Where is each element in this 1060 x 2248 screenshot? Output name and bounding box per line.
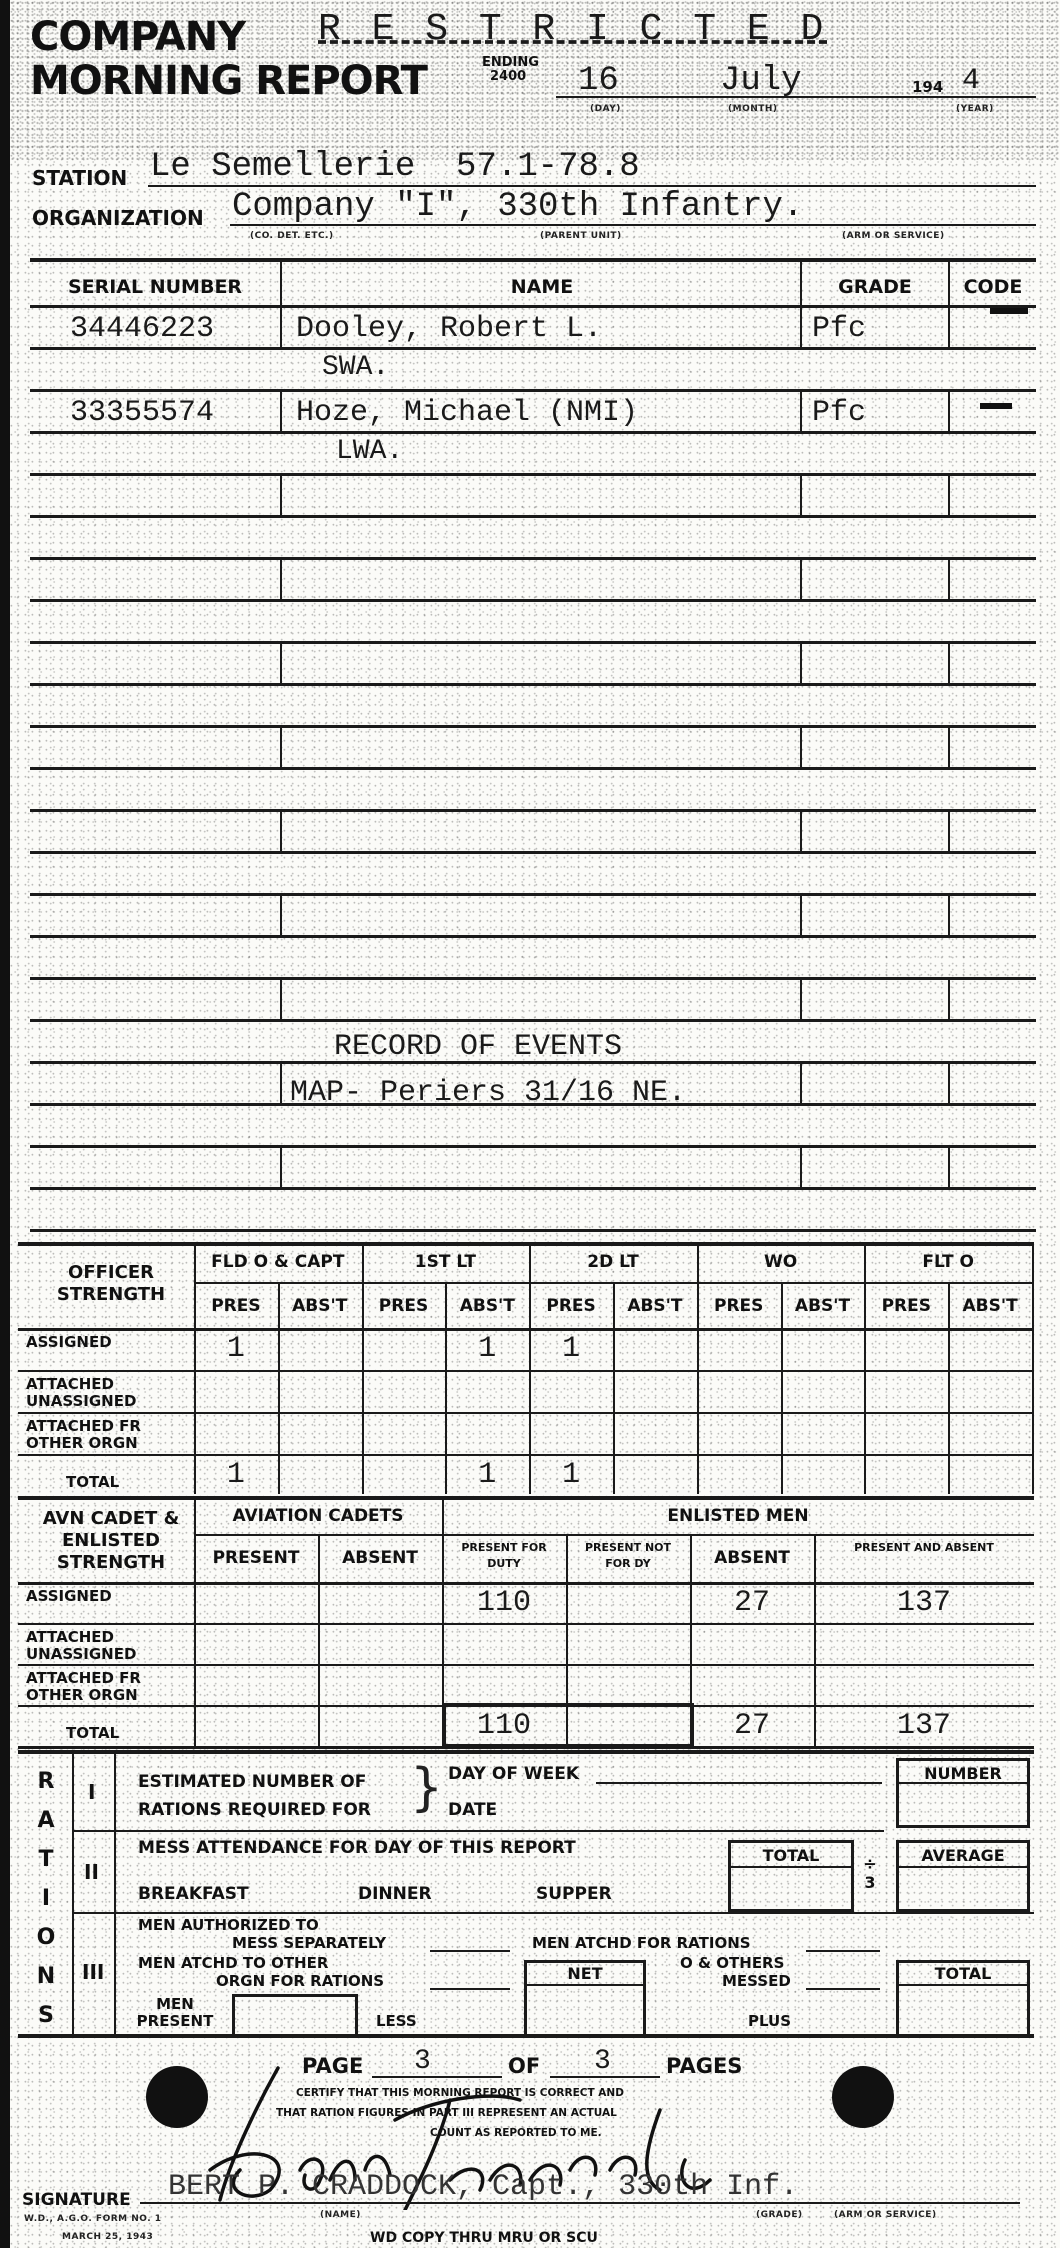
row2-code-mark — [980, 403, 1012, 409]
row2-grade[interactable]: Pfc — [812, 396, 866, 430]
year-prefix: 194 — [912, 78, 943, 96]
row-line — [30, 977, 1036, 980]
row-line — [30, 767, 1036, 770]
dinner-label: DINNER — [358, 1884, 432, 1904]
row-line — [30, 599, 1036, 602]
col-name: NAME — [282, 276, 802, 298]
rations-side-letter: O — [26, 1918, 66, 1957]
day-label: (DAY) — [590, 104, 621, 114]
enlisted-strength-title: AVN CADET & ENLISTED STRENGTH — [30, 1508, 192, 1574]
col-divider — [280, 557, 282, 599]
net-box-label: NET — [524, 1964, 646, 1983]
officer-cell[interactable]: 1 — [194, 1458, 278, 1492]
record-of-events-title: RECORD OF EVENTS — [334, 1030, 622, 1064]
enlisted-col-header: PRESENT — [194, 1548, 318, 1568]
officer-strength-title: OFFICER STRENGTH — [30, 1262, 192, 1306]
col-divider — [800, 725, 802, 767]
day-of-week-label: DAY OF WEEK — [448, 1764, 579, 1784]
row-line — [30, 809, 1036, 812]
col-divider — [800, 557, 802, 599]
officer-table-top — [18, 1242, 1034, 1246]
arm-label: (ARM OR SERVICE) — [834, 2210, 937, 2220]
col-divider — [529, 1242, 531, 1494]
row-line — [30, 851, 1036, 854]
col-divider — [280, 1145, 282, 1187]
row-line — [30, 1229, 1036, 1232]
col-grade: GRADE — [802, 276, 948, 298]
row-line — [30, 893, 1036, 896]
rations-side-label: RATIONS — [26, 1762, 66, 2035]
men-atchd-rations-label: MEN ATCHD FOR RATIONS — [532, 1934, 751, 1952]
less-label: LESS — [376, 2012, 417, 2030]
row2-serial[interactable]: 33355574 — [70, 396, 214, 430]
sec3-numeral: III — [82, 1960, 104, 1984]
officer-header-bottom — [18, 1328, 1034, 1331]
officer-cell[interactable]: 1 — [529, 1332, 613, 1366]
report-year[interactable]: 4 — [962, 64, 980, 98]
year-label: (YEAR) — [956, 104, 994, 114]
rations-side-letter: I — [26, 1879, 66, 1918]
col-divider — [948, 389, 950, 431]
row1-grade[interactable]: Pfc — [812, 312, 866, 346]
col-divider — [280, 977, 282, 1019]
col-divider — [280, 305, 282, 347]
officer-cell[interactable]: 1 — [445, 1458, 529, 1492]
officer-group-header: FLD O & CAPT — [194, 1252, 362, 1272]
form-number: W.D., A.G.O. FORM NO. 1 — [24, 2214, 162, 2224]
average-box-label: AVERAGE — [896, 1846, 1030, 1865]
officer-subcol-header: PRES — [697, 1296, 781, 1316]
men-authorized-label-1: MEN AUTHORIZED TO — [138, 1916, 319, 1934]
report-month[interactable]: July — [720, 62, 802, 100]
rations-side-letter: A — [26, 1801, 66, 1840]
co-det-label: (CO. DET. ETC.) — [250, 231, 334, 241]
officer-cell[interactable]: 1 — [529, 1458, 613, 1492]
row-line — [18, 1370, 1034, 1372]
row-line — [18, 1412, 1034, 1414]
total-present-box — [444, 1703, 694, 1746]
enlisted-col-header: PRESENT FOR DUTY — [442, 1540, 566, 1572]
mess-separately-field[interactable] — [430, 1950, 510, 1952]
col-divider — [194, 1242, 196, 1494]
row-line — [30, 725, 1036, 728]
row-line — [30, 935, 1036, 938]
col-divider — [800, 809, 802, 851]
enlisted-header-bottom — [18, 1582, 1034, 1585]
rations-total-label: TOTAL — [896, 1964, 1030, 1983]
col-serial-number: SERIAL NUMBER — [30, 276, 280, 298]
divide-by-3: ÷ 3 — [858, 1854, 882, 1892]
rations-divider-2 — [114, 1752, 116, 2034]
total-box-label: TOTAL — [728, 1846, 854, 1865]
col-divider — [948, 725, 950, 767]
col-divider — [948, 1061, 950, 1103]
officer-row-label: ATTACHED UNASSIGNED — [26, 1376, 186, 1410]
total-box-divider — [731, 1866, 851, 1868]
rations-sec2-bottom — [72, 1912, 1034, 1914]
row-line — [30, 557, 1036, 560]
col-divider — [948, 809, 950, 851]
sec2-numeral: II — [84, 1860, 99, 1884]
col-code: CODE — [950, 276, 1036, 298]
sec1-label-1: ESTIMATED NUMBER OF — [138, 1772, 366, 1792]
col-divider — [280, 641, 282, 683]
col-divider — [800, 1145, 802, 1187]
row2-remark[interactable]: LWA. — [336, 436, 403, 467]
row-line — [18, 1664, 1034, 1666]
men-atchd-rations-field[interactable] — [806, 1950, 880, 1952]
officer-subcol-header: ABS'T — [781, 1296, 865, 1316]
binder-hole-right-icon — [832, 2066, 894, 2128]
row-line — [30, 473, 1036, 476]
enlisted-row-label: ATTACHED FR OTHER ORGN — [26, 1670, 186, 1704]
ending-label: ENDING2400 — [482, 56, 539, 84]
men-atchd-other-field[interactable] — [430, 1988, 510, 1990]
row-line — [18, 1746, 1034, 1749]
month-label: (MONTH) — [728, 104, 778, 114]
col-divider — [948, 641, 950, 683]
number-box-label: NUMBER — [896, 1764, 1030, 1783]
officer-subcol-header: ABS'T — [613, 1296, 697, 1316]
group-divider — [194, 1282, 1034, 1284]
col-divider — [800, 262, 802, 305]
row-line — [30, 431, 1036, 434]
aviation-cadets-header: AVIATION CADETS — [194, 1506, 442, 1526]
rations-total-divider — [899, 1984, 1027, 1986]
station-label: STATION — [32, 166, 127, 190]
row-line — [30, 515, 1036, 518]
officer-subcol-header: PRES — [864, 1296, 948, 1316]
rations-divider-1 — [72, 1752, 74, 2034]
signer-name[interactable]: BERT P. CRADDOCK, Capt., 330th Inf. — [168, 2170, 798, 2204]
form-date: MARCH 25, 1943 — [62, 2232, 153, 2242]
officer-subcol-header: ABS'T — [445, 1296, 529, 1316]
row-line — [30, 1187, 1036, 1190]
row-line — [18, 1454, 1034, 1456]
row-line — [30, 1145, 1036, 1148]
enlisted-col-header: PRESENT AND ABSENT — [814, 1540, 1034, 1556]
col-divider — [948, 893, 950, 935]
enlisted-men-header: ENLISTED MEN — [442, 1506, 1034, 1526]
enlisted-col-header: ABSENT — [690, 1548, 814, 1568]
men-present-box[interactable] — [232, 1994, 358, 2035]
form-title-line2: MORNING REPORT — [30, 58, 427, 104]
station-underline — [148, 185, 1036, 187]
date-label: DATE — [448, 1800, 497, 1820]
officer-group-header: WO — [697, 1252, 865, 1272]
col-divider — [280, 725, 282, 767]
men-atchd-other-2: ORGN FOR RATIONS — [216, 1972, 384, 1990]
rations-side-letter: T — [26, 1840, 66, 1879]
col-divider — [280, 1061, 282, 1103]
header-bottom-border — [30, 305, 1036, 308]
enlisted-row-label: ASSIGNED — [26, 1588, 186, 1605]
report-day[interactable]: 16 — [578, 62, 619, 100]
col-divider — [800, 893, 802, 935]
sec1-numeral: I — [88, 1780, 95, 1804]
enlisted-cell[interactable]: 137 — [814, 1586, 1034, 1620]
enlisted-col-header: ABSENT — [318, 1548, 442, 1568]
col-divider — [800, 641, 802, 683]
col-divider — [280, 262, 282, 305]
col-divider — [948, 473, 950, 515]
row1-name[interactable]: Dooley, Robert L. — [296, 312, 602, 346]
sec1-label-2: RATIONS REQUIRED FOR — [138, 1800, 371, 1820]
grade-label: (GRADE) — [756, 2210, 803, 2220]
o-others-2: MESSED — [722, 1972, 791, 1990]
row1-remark[interactable]: SWA. — [322, 352, 389, 383]
officer-subcol-header: PRES — [529, 1296, 613, 1316]
parent-unit-label: (PARENT UNIT) — [540, 231, 622, 241]
officer-group-header: 1ST LT — [362, 1252, 530, 1272]
officer-subcol-header: ABS'T — [948, 1296, 1032, 1316]
col-divider — [800, 1061, 802, 1103]
name-label: (NAME) — [320, 2210, 361, 2220]
officer-cell[interactable]: 1 — [445, 1332, 529, 1366]
row1-code-mark — [990, 308, 1028, 314]
signature-label: SIGNATURE — [22, 2190, 131, 2210]
row-line — [30, 347, 1036, 350]
officer-row-label: ASSIGNED — [26, 1334, 186, 1351]
supper-label: SUPPER — [536, 1884, 612, 1904]
classification-stamp: R E S T R I C T E D — [318, 8, 827, 51]
organization-label: ORGANIZATION — [32, 206, 204, 230]
col-divider — [800, 473, 802, 515]
col-divider — [194, 1496, 196, 1746]
rations-sec1-bottom — [72, 1830, 884, 1832]
row-line — [30, 683, 1036, 686]
row-line — [30, 389, 1036, 392]
row-line — [18, 1623, 1034, 1625]
officer-group-header: 2D LT — [529, 1252, 697, 1272]
plus-label: PLUS — [748, 2012, 791, 2030]
rations-side-letter: S — [26, 1996, 66, 2035]
mess-attendance-title: MESS ATTENDANCE FOR DAY OF THIS REPORT — [138, 1838, 576, 1858]
col-divider — [948, 262, 950, 305]
col-divider — [800, 977, 802, 1019]
officer-subcol-header: PRES — [194, 1296, 278, 1316]
form-title-line1: COMPANY — [30, 14, 245, 60]
col-divider — [280, 893, 282, 935]
col-divider — [280, 389, 282, 431]
number-box-divider — [899, 1782, 1027, 1784]
group-divider — [194, 1534, 1034, 1536]
brace-icon: } — [410, 1762, 443, 1814]
col-divider — [362, 1242, 364, 1494]
net-box-divider — [527, 1984, 643, 1986]
enlisted-row-label: TOTAL — [26, 1725, 226, 1742]
men-authorized-label-2: MESS SEPARATELY — [232, 1934, 386, 1952]
officer-subcol-header: PRES — [362, 1296, 446, 1316]
arm-service-label: (ARM OR SERVICE) — [842, 231, 945, 241]
rations-side-letter: N — [26, 1957, 66, 1996]
col-divider — [800, 389, 802, 431]
col-divider — [948, 977, 950, 1019]
row1-serial[interactable]: 34446223 — [70, 312, 214, 346]
average-box-divider — [899, 1866, 1027, 1868]
col-divider — [280, 473, 282, 515]
enlisted-cell[interactable]: 27 — [690, 1709, 814, 1743]
officer-group-header: FLT O — [864, 1252, 1032, 1272]
record-of-events-text[interactable]: MAP- Periers 31/16 NE. — [290, 1076, 686, 1110]
col-divider — [280, 809, 282, 851]
col-divider — [864, 1242, 866, 1494]
row-line — [30, 1019, 1036, 1022]
station-value[interactable]: Le Semellerie 57.1-78.8 — [150, 148, 640, 186]
row-line — [30, 641, 1036, 644]
breakfast-label: BREAKFAST — [138, 1884, 249, 1904]
col-divider — [948, 1145, 950, 1187]
enlisted-cell[interactable]: 110 — [442, 1586, 566, 1620]
officer-subcol-header: ABS'T — [278, 1296, 362, 1316]
men-present-label: MENPRESENT — [120, 1996, 230, 2030]
signature-underline — [140, 2202, 1020, 2204]
enlisted-col-header: PRESENT NOT FOR DY — [566, 1540, 690, 1572]
col-divider — [800, 305, 802, 347]
o-others-field[interactable] — [806, 1988, 880, 1990]
enlisted-row-label: ATTACHED UNASSIGNED — [26, 1629, 186, 1663]
organization-underline — [230, 224, 1036, 226]
col-divider — [697, 1242, 699, 1494]
routing-note: WD COPY THRU MRU OR SCU — [370, 2230, 598, 2246]
table-top-border — [30, 258, 1036, 262]
enlisted-cell[interactable]: 27 — [690, 1586, 814, 1620]
row2-name[interactable]: Hoze, Michael (NMI) — [296, 396, 638, 430]
rations-top-border — [18, 1750, 1034, 1754]
organization-value[interactable]: Company "I", 330th Infantry. — [232, 188, 803, 226]
officer-row-label: ATTACHED FR OTHER ORGN — [26, 1418, 186, 1452]
enlisted-table-top — [18, 1496, 1034, 1500]
men-atchd-other-1: MEN ATCHD TO OTHER — [138, 1954, 328, 1972]
col-divider — [948, 557, 950, 599]
rations-side-letter: R — [26, 1762, 66, 1801]
officer-cell[interactable]: 1 — [194, 1332, 278, 1366]
o-others-1: O & OTHERS — [680, 1954, 784, 1972]
col-divider — [1032, 1242, 1034, 1494]
enlisted-cell[interactable]: 137 — [814, 1709, 1034, 1743]
day-of-week-field[interactable] — [596, 1782, 882, 1784]
col-divider — [948, 305, 950, 347]
